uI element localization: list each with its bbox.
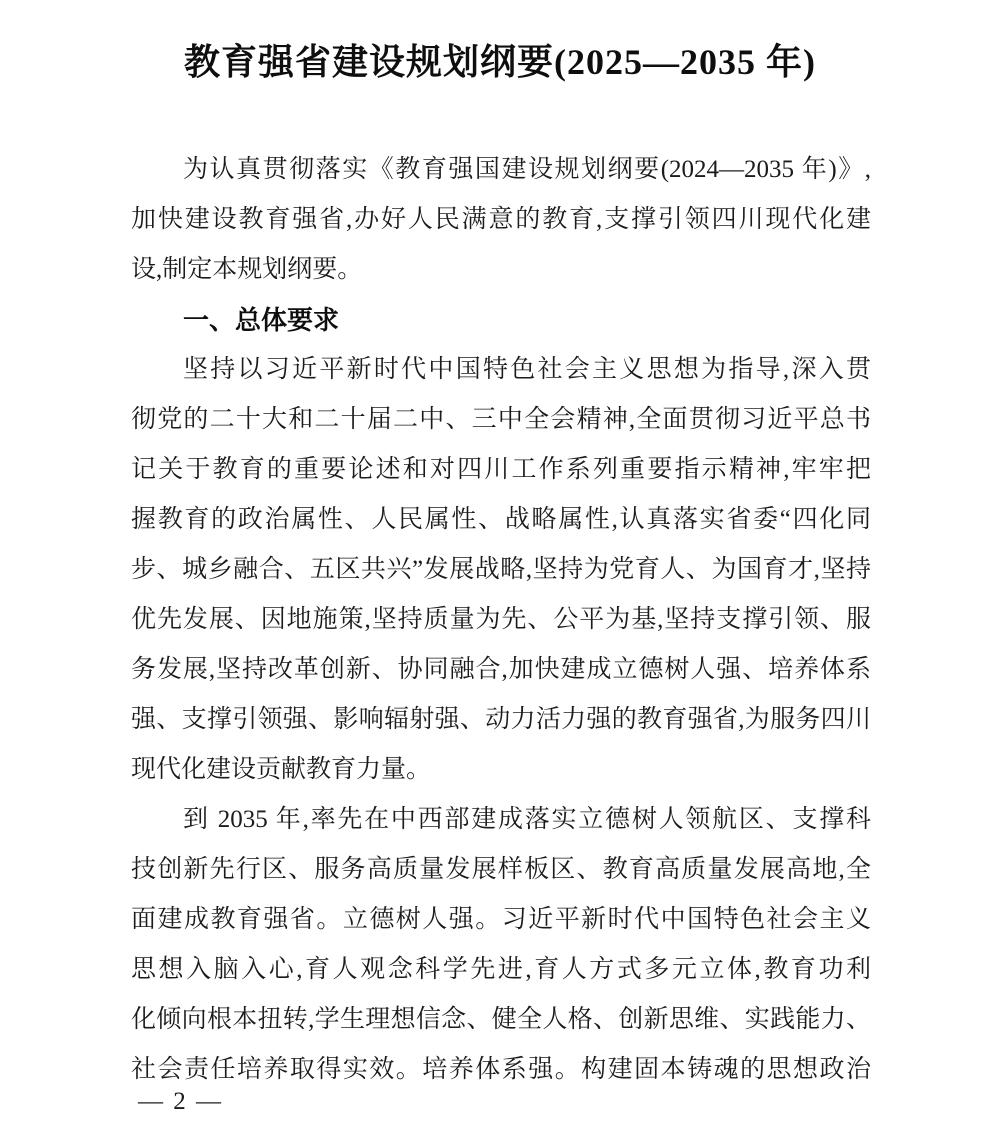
paragraph-overall-requirements: 坚持以习近平新时代中国特色社会主义思想为指导,深入贯 彻党的二十大和二十届二中、… <box>131 345 871 795</box>
body-line: 加快建设教育强省,办好人民满意的教育,支撑引领四川现代化建 <box>131 195 871 245</box>
body-line: 坚持以习近平新时代中国特色社会主义思想为指导,深入贯 <box>131 345 871 395</box>
body-line: 技创新先行区、服务高质量发展样板区、教育高质量发展高地,全 <box>131 845 871 895</box>
paragraph-intro: 为认真贯彻落实《教育强国建设规划纲要(2024—2035 年)》, 加快建设教育… <box>131 145 871 295</box>
body-line: 到 2035 年,率先在中西部建成落实立德树人领航区、支撑科 <box>131 795 871 845</box>
body-line: 为认真贯彻落实《教育强国建设规划纲要(2024—2035 年)》, <box>131 145 871 195</box>
body-line: 记关于教育的重要论述和对四川工作系列重要指示精神,牢牢把 <box>131 445 871 495</box>
document-title: 教育强省建设规划纲要(2025—2035 年) <box>0 40 1000 84</box>
body-line: 握教育的政治属性、人民属性、战略属性,认真落实省委“四化同 <box>131 495 871 545</box>
paragraph-2035-goals: 到 2035 年,率先在中西部建成落实立德树人领航区、支撑科 技创新先行区、服务… <box>131 795 871 1095</box>
body-line: 务发展,坚持改革创新、协同融合,加快建成立德树人强、培养体系 <box>131 645 871 695</box>
page-number: — 2 — <box>138 1086 223 1118</box>
document-body: 为认真贯彻落实《教育强国建设规划纲要(2024—2035 年)》, 加快建设教育… <box>131 145 871 1095</box>
body-line: 优先发展、因地施策,坚持质量为先、公平为基,坚持支撑引领、服 <box>131 595 871 645</box>
body-line: 化倾向根本扭转,学生理想信念、健全人格、创新思维、实践能力、 <box>131 995 871 1045</box>
body-line: 社会责任培养取得实效。培养体系强。构建固本铸魂的思想政治 <box>131 1045 871 1095</box>
body-line: 现代化建设贡献教育力量。 <box>131 745 871 795</box>
body-line: 思想入脑入心,育人观念科学先进,育人方式多元立体,教育功利 <box>131 945 871 995</box>
body-line: 彻党的二十大和二十届二中、三中全会精神,全面贯彻习近平总书 <box>131 395 871 445</box>
body-line: 设,制定本规划纲要。 <box>131 245 871 295</box>
body-line: 强、支撑引领强、影响辐射强、动力活力强的教育强省,为服务四川 <box>131 695 871 745</box>
document-page: 教育强省建设规划纲要(2025—2035 年) 为认真贯彻落实《教育强国建设规划… <box>0 0 1000 1125</box>
body-line: 面建成教育强省。立德树人强。习近平新时代中国特色社会主义 <box>131 895 871 945</box>
body-line: 步、城乡融合、五区共兴”发展战略,坚持为党育人、为国育才,坚持 <box>131 545 871 595</box>
section-heading: 一、总体要求 <box>131 295 871 345</box>
